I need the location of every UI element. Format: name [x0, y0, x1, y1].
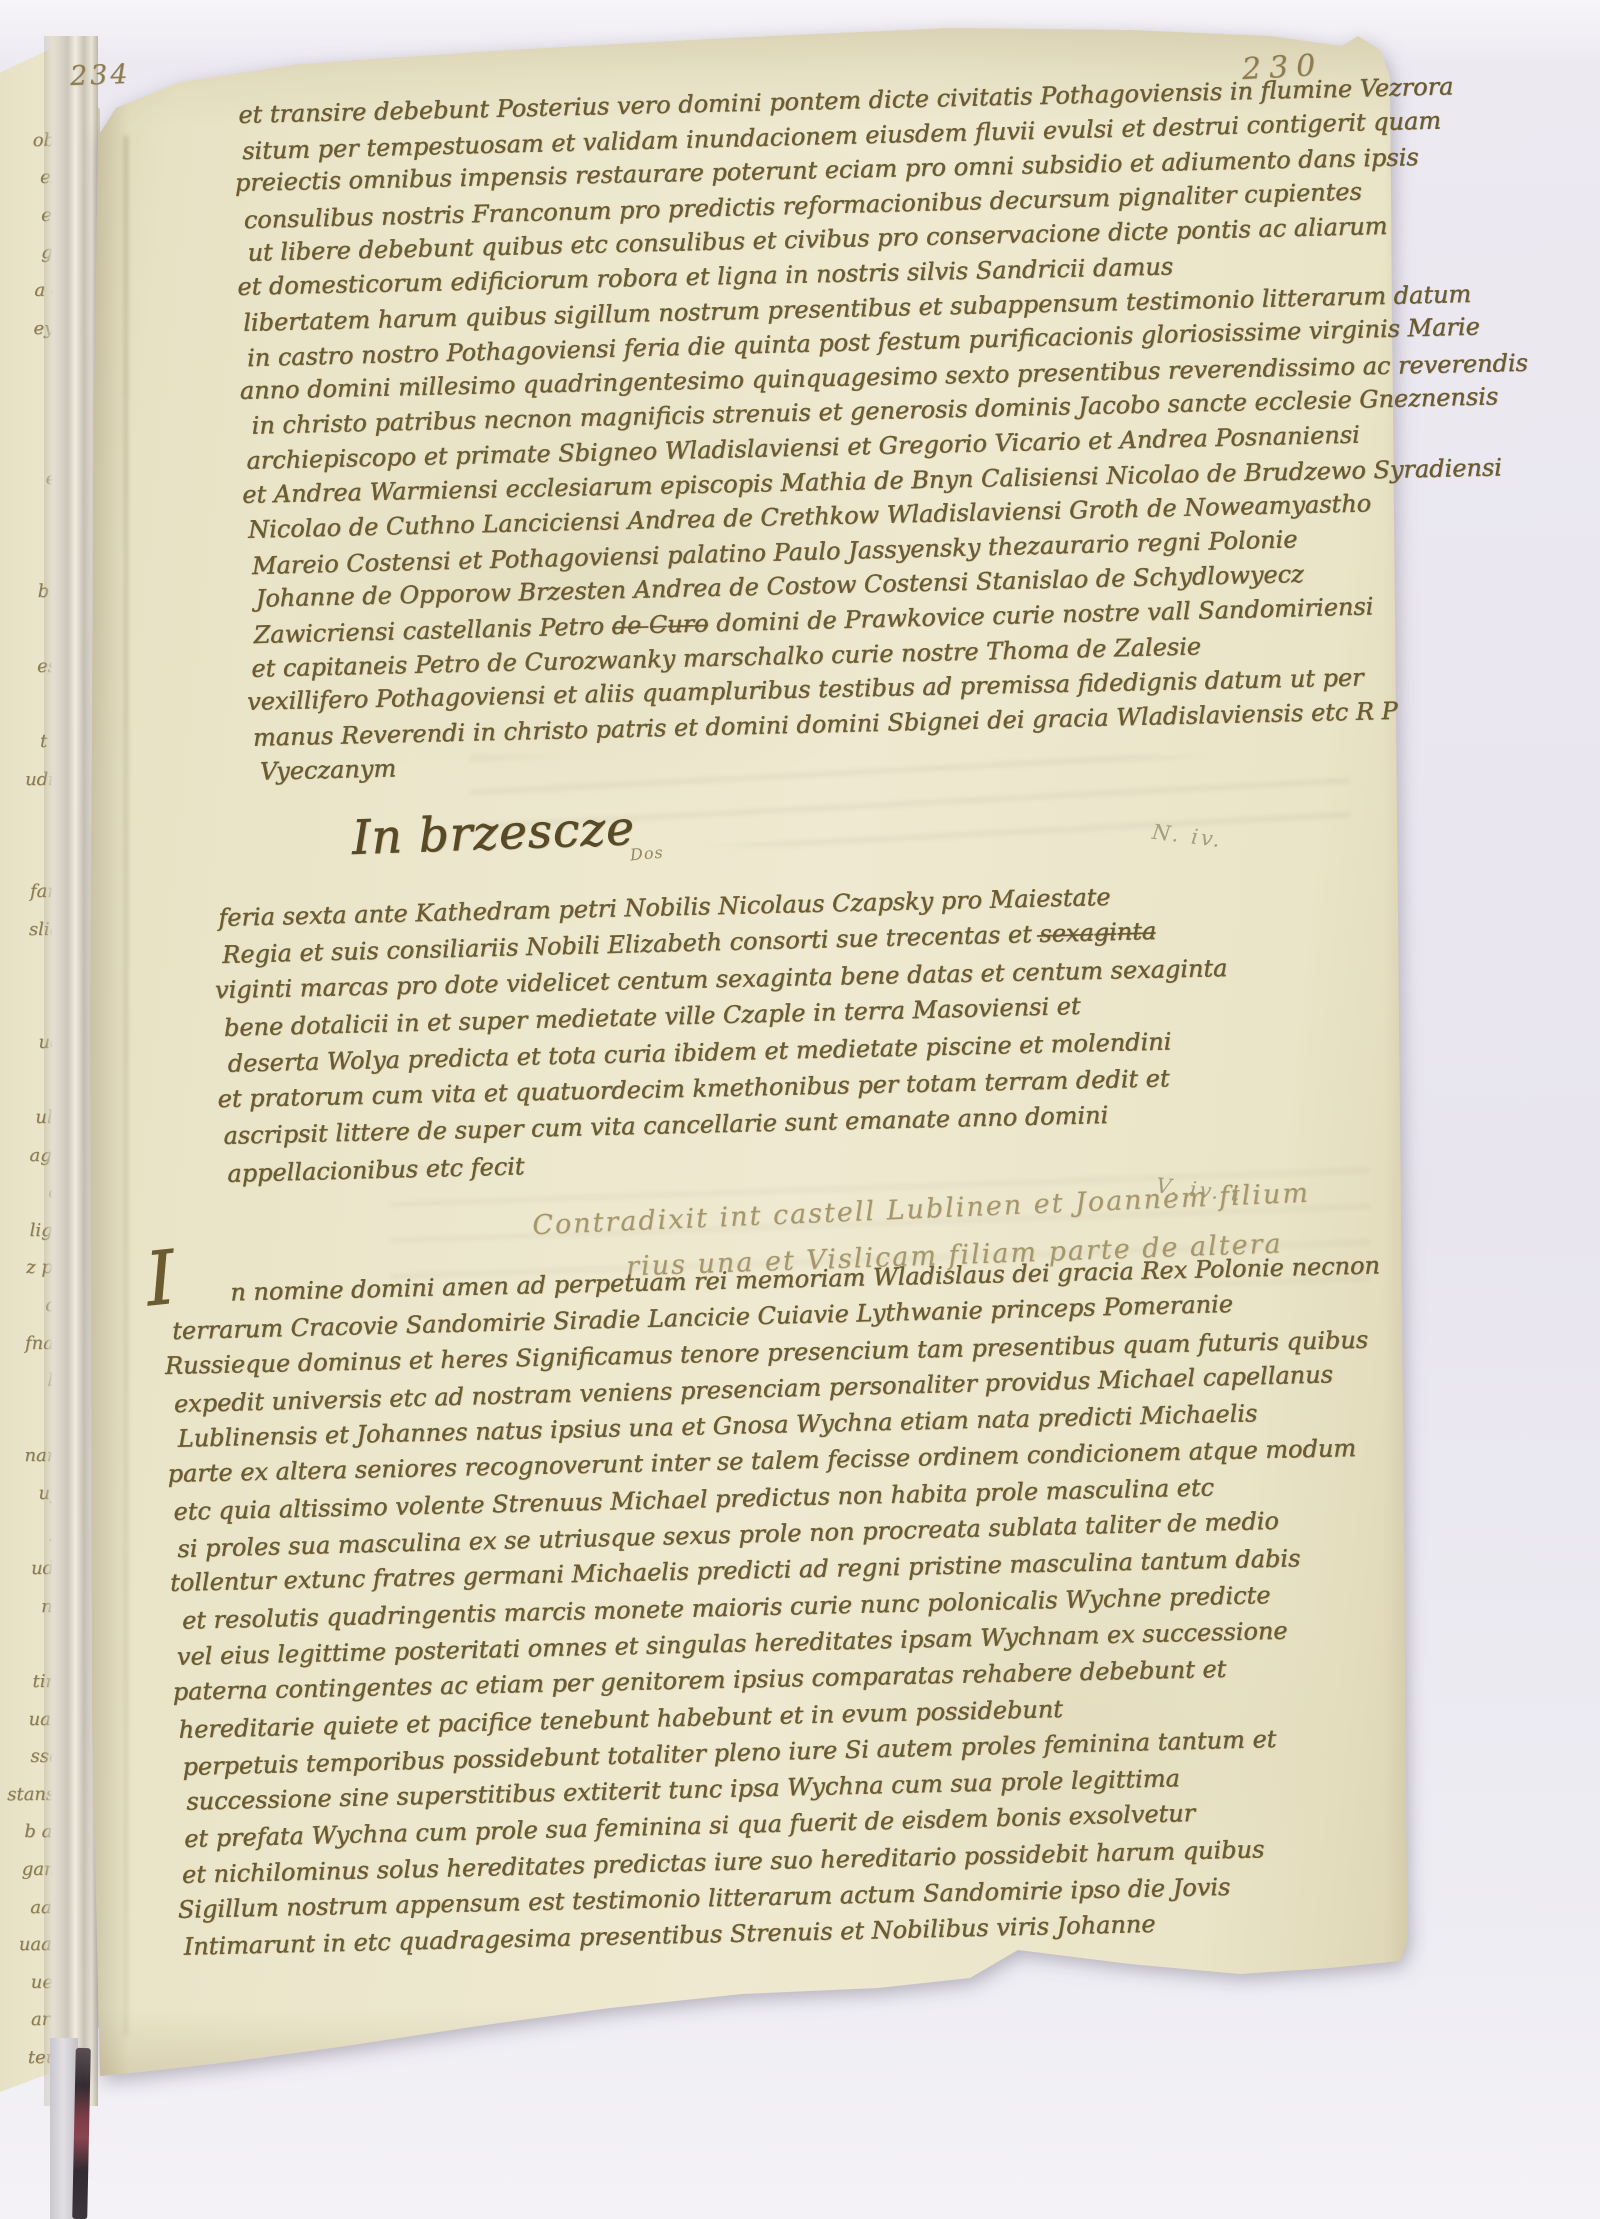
folio-number-old: 234: [69, 59, 131, 92]
pencil-mark-1: N. iv.: [1151, 820, 1225, 852]
margin-note-dos: Dos: [629, 843, 664, 865]
paragraph-3: n nomine domini amen ad perpetuam rei me…: [168, 1247, 1396, 1965]
paragraph-1: et transire debebunt Posterius vero domi…: [238, 68, 1542, 790]
section-heading: In brzescze: [351, 801, 636, 866]
scanned-manuscript-photo: o libobondez scoespiagnema diamey wlogin…: [0, 0, 1600, 2219]
page-content-layer: 234 230 et transire debebunt Posterius v…: [0, 0, 1600, 2219]
paragraph-2: feria sexta ante Kathedram petri Nobilis…: [218, 876, 1237, 1191]
